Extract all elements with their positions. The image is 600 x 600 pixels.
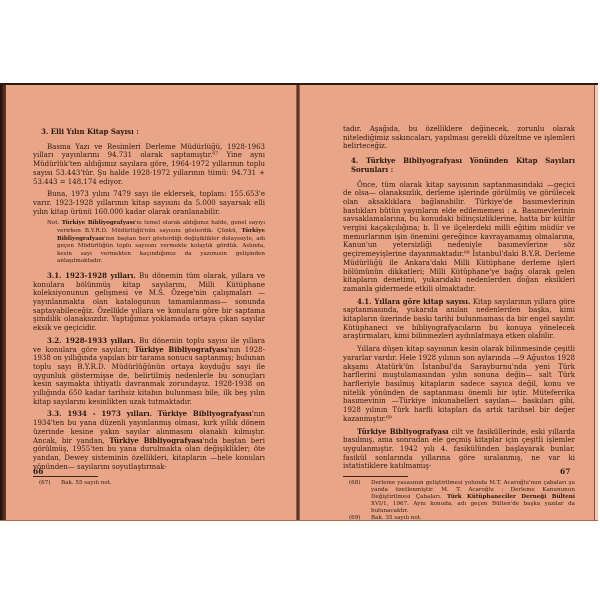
section-label: 3.2. 1928-1933 yılları.: [47, 336, 136, 345]
paragraph: Türkiye Bibliyografyası cilt ve fasiküll…: [343, 428, 575, 472]
left-page: 3. Elli Yılın Kitap Sayısı : Basma Yazı …: [6, 85, 296, 520]
open-book: 3. Elli Yılın Kitap Sayısı : Basma Yazı …: [0, 83, 598, 521]
paragraph: Yıllara düşen kitap sayısının kesin olar…: [343, 345, 575, 423]
paragraph: Basma Yazı ve Resimleri Derleme Müdürlüğ…: [33, 143, 265, 187]
left-page-content: 3. Elli Yılın Kitap Sayısı : Basma Yazı …: [33, 122, 265, 487]
bold-term: Türkiye Bibliyografyası: [158, 409, 252, 418]
bold-term: Türkiye Bibliyografyası: [134, 345, 227, 354]
footnote-number: (68): [349, 480, 371, 515]
footnote-text: Bak. 55 sayılı not.: [61, 480, 112, 487]
right-page: tadır. Aşağıda, bu özelliklere değinecek…: [300, 85, 595, 520]
right-page-content: tadır. Aşağıda, bu özelliklere değinecek…: [343, 125, 575, 522]
section-4-1: 4.1. Yıllara göre kitap sayısı. Kitap sa…: [343, 298, 575, 342]
section-heading-4: 4. Türkiye Bibliyografyası Yönünden Kita…: [351, 157, 575, 174]
bold-term: Türk Kütüphaneciler Derneği Bülteni: [447, 494, 575, 500]
section-text: Bu dönemin tüm olarak, yıllara ve konula…: [33, 272, 265, 332]
section-3-2: 3.2. 1928-1933 yılları. Bu dönemin toplu…: [33, 337, 265, 407]
bold-term: Türkiye Bibliyografyası: [357, 427, 449, 436]
footnote-68: (68) Derleme yasasının geliştirilmesi yo…: [349, 480, 575, 515]
note-paragraph: Not. Türkiye Bibliyografyası'nı temel ol…: [47, 220, 265, 266]
paragraph: Önce, tüm olarak kitap sayısının saptanm…: [343, 181, 575, 294]
footnote-67: (67) Bak. 55 sayılı not.: [39, 480, 265, 487]
footnote-text: Bak. 35 sayılı not.: [371, 515, 422, 522]
section-3-3: 3.3. 1934 - 1973 yılları. Türkiye Bibliy…: [33, 410, 265, 471]
footnote-text-part: XVI/1, 1967. Aynı konuda, adı geçen Bült…: [371, 501, 575, 514]
footnote-69: (69) Bak. 35 sayılı not.: [349, 515, 575, 522]
section-label: 3.3. 1934 - 1973 yılları.: [47, 409, 152, 418]
bold-term: Türkiye Bibliyografyası: [62, 220, 135, 226]
footnote-divider: [33, 476, 98, 477]
continued-paragraph: tadır. Aşağıda, bu özelliklere değinecek…: [343, 125, 575, 151]
section-text: 'nın 1928-1938 on yıllığında yapılan bir…: [33, 346, 265, 406]
section-3-1: 3.1. 1923-1928 yılları. Bu dönemin tüm o…: [33, 272, 265, 333]
page-number: 66: [33, 467, 43, 476]
page-number: 67: [560, 467, 570, 476]
bold-term: Türkiye Bibliyografyası: [109, 436, 202, 445]
footnote-divider: [343, 476, 408, 477]
footnote-number: (69): [349, 515, 371, 522]
footnote-text: Derleme yasasının geliştirilmesi yolunda…: [371, 480, 575, 515]
section-label: 3.1. 1923-1928 yılları.: [47, 271, 136, 280]
note-label: Not.: [47, 220, 59, 226]
section-label: 4.1. Yıllara göre kitap sayısı.: [357, 297, 470, 306]
section-heading-3: 3. Elli Yılın Kitap Sayısı :: [41, 128, 265, 137]
paragraph: Buna, 1973 yılını 7479 sayı ile eklersek…: [33, 190, 265, 216]
footnote-number: (67): [39, 480, 61, 487]
